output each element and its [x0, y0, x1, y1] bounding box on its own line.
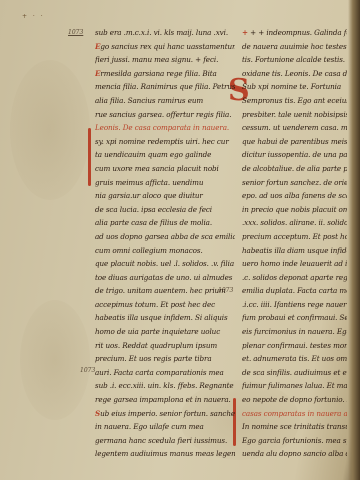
text-line: dicitur iussopentia. de una parte casa — [242, 148, 347, 162]
text-line: fieri jussi. manu mea signu. + feci. — [95, 53, 235, 67]
margin-note-date: 1073 — [80, 367, 95, 374]
text-line: de sca lucia. ipsa ecclesia de feci — [95, 203, 235, 217]
initial-i-bar-left — [88, 128, 91, 186]
text-line: + + + indeompnus. Galinda fermenunes — [242, 26, 347, 40]
text-line: Ermesilda garsiana rege filia. Bita — [95, 67, 235, 81]
text-line: oxidane tis. Leonis. De casa duplication… — [242, 67, 347, 81]
text-line: precium acceptum. Et post hoc diemeps — [242, 230, 347, 244]
text-line: sub era .m.c.x.i. vi. kls maij. luna .xv… — [95, 26, 235, 40]
text-line: legentem audiuimus manus meas legens — [95, 447, 235, 461]
text-line: rue sancius garsea. offertur regis filia… — [95, 108, 235, 122]
text-line: de sca sinfilis. audiuimus et eis firmar… — [242, 366, 347, 380]
left-column: sub era .m.c.x.i. vi. kls maij. luna .xv… — [95, 26, 235, 461]
text-line: presbiter. tale uenit nobisipsis uel ne — [242, 108, 347, 122]
text-line: uero homo inde leuauerit ad irritum — [242, 257, 347, 271]
text-line: Ego sancius rex qui hanc uasstamentum — [95, 40, 235, 54]
text-line: habeatis illa usque infidem. Si aliquis — [95, 311, 235, 325]
text-line: germana hanc scedula fieri iussimus. — [95, 434, 235, 448]
text-line: plenar confirmaui. testes monus. Leon — [242, 339, 347, 353]
margin-note-date: 1073 — [68, 29, 83, 36]
text-line: epo. ad uos alba fanens de sca emilia. — [242, 189, 347, 203]
text-line: emilia duplata. Facta carta mea .ii. — [242, 284, 347, 298]
text-line: que habui de parentibus meis. inlocu qui — [242, 135, 347, 149]
text-line: rit uos. Reddat quadruplum ipsum — [95, 339, 235, 353]
text-line: accepimus totum. Et post hec dec — [95, 298, 235, 312]
text-line: .xxx. solidos. alirane. ii. solidos. hoc… — [242, 216, 347, 230]
text-line: et. adnumerata tis. Et uos omis unde — [242, 352, 347, 366]
text-line: Sempronus tis. Ego ant eceius — [242, 94, 347, 108]
text-line: toe diuas aurigatas de uno. ui almudes — [95, 271, 235, 285]
text-line: fum probaui et confirmaui. Semine liis — [242, 311, 347, 325]
text-line: .c. solidos deponat aparte regis. et aur… — [242, 271, 347, 285]
text-line: alia parte casa de filius de molia. — [95, 216, 235, 230]
text-line: senior fortun sanchez. de oriente casa — [242, 176, 347, 190]
text-line: precium. Et uos regis parte tibra — [95, 352, 235, 366]
text-line: Sub eius imperio. senior fortun. sanchez — [95, 407, 235, 421]
text-line: casas comparatas in nauera aumune — [242, 407, 347, 421]
text-line: eis furcimonius in nauera. Ego audiui — [242, 325, 347, 339]
text-line: homo de uia parte inquietare uoluc — [95, 325, 235, 339]
text-line: Leonis. De casa comparata in nauera. — [95, 121, 235, 135]
text-line: ta uendicauim quam ego galinde — [95, 148, 235, 162]
text-line: Ego garcia fortunionis. mea sponte — [242, 434, 347, 448]
text-line: habeatis illa diam usque infidem. Si qui… — [242, 244, 347, 258]
text-line: de alcobtaliue. de alia parte palacia de — [242, 162, 347, 176]
red-initial: + — [242, 28, 248, 37]
folio-mark: + · · — [22, 13, 45, 20]
text-line: eo nepote de dopno fortunio. Leonis. — [242, 393, 347, 407]
text-line: Sub xpi nomine te. Fortunia — [242, 80, 347, 94]
red-initial: S — [95, 409, 100, 418]
text-line: ad uos dopno garsea abba de sca emilia — [95, 230, 235, 244]
text-line: gruis meimus afficta. uendimu — [95, 176, 235, 190]
red-initial: E — [95, 42, 100, 51]
text-line: nia garsia.ur aloco que diuitur — [95, 189, 235, 203]
text-line: rege garsea impamplona et in nauera. — [95, 393, 235, 407]
text-line: de trigo. unitam auentem. hec prium — [95, 284, 235, 298]
text-line: in precio que nobis placuit omnium. ieci — [242, 203, 347, 217]
text-line: sub .i. ecc.xiii. uin. kls. ffebs. Regna… — [95, 379, 235, 393]
text-line: cum uxore mea sancia placuit nobi — [95, 162, 235, 176]
red-initial: E — [95, 69, 100, 78]
text-line: cum omni collegium monacos. — [95, 244, 235, 258]
text-line: mencia filia. Ranimirus que filia. Petru… — [95, 80, 235, 94]
text-line: que placuit nobis. uel .l. solidos. .v. … — [95, 257, 235, 271]
text-line: tis. Fortunione alcalde testis. Dopno hu… — [242, 53, 347, 67]
text-line: .i.cc. iiii. Ifantiens rege nauerra fum … — [242, 298, 347, 312]
text-line: sy. xpi nomine redemptis uiri. hec cur — [95, 135, 235, 149]
text-line: auri. Facta carta comparationis mea — [95, 366, 235, 380]
text-line: alia filia. Sancius ramirus eum — [95, 94, 235, 108]
text-line: cessum. ut uenderem casa. mea ppia — [242, 121, 347, 135]
text-line: in nauera. Ego uilafe cum mea — [95, 420, 235, 434]
text-line: uenda alu dopno sancio alba de sca emili… — [242, 447, 347, 461]
right-column: + + + indeompnus. Galinda fermenunesde n… — [242, 26, 347, 461]
page-edge — [348, 0, 360, 480]
text-line: fuimur fulimanes lalua. Et marguari uiis — [242, 379, 347, 393]
text-line: In nomine sce trinitatis transuis. — [242, 420, 347, 434]
text-line: de nauera auuimie hoc testes. Bonna par — [242, 40, 347, 54]
